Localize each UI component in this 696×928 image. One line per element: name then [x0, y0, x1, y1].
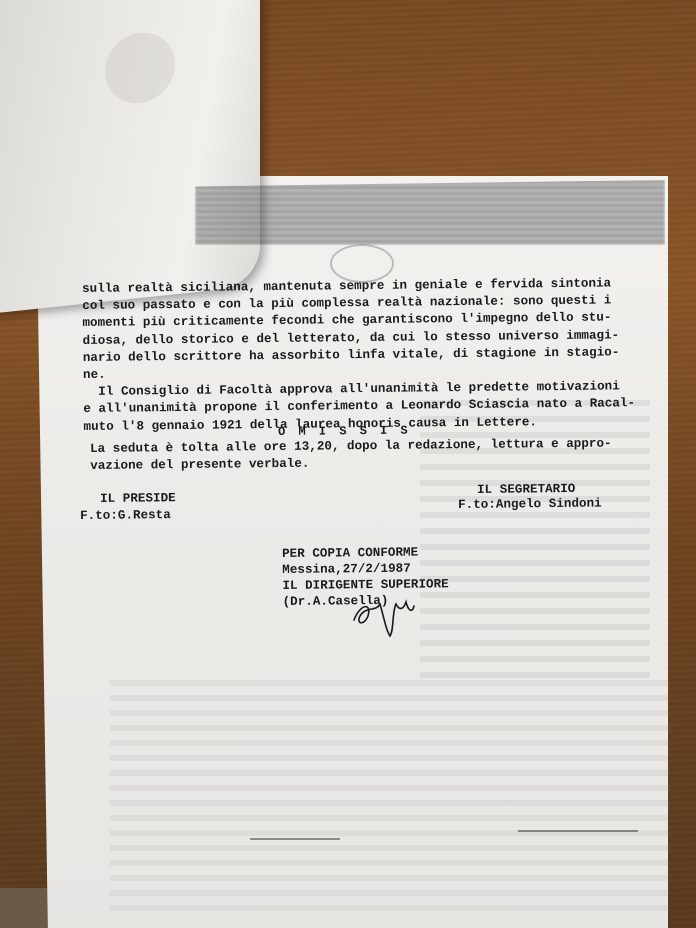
bleed-through-text-lower	[110, 680, 670, 920]
cert-line: Messina,27/2/1987	[282, 560, 448, 578]
faint-stamp-mark	[105, 29, 175, 106]
faint-dash-mark	[250, 838, 340, 840]
handwritten-signature-icon	[350, 590, 420, 640]
dean-title: IL PRESIDE	[100, 490, 176, 508]
faint-dash-mark	[518, 830, 638, 832]
photocopy-toner-smudge	[195, 180, 665, 245]
cert-line: PER COPIA CONFORME	[282, 544, 448, 562]
dean-signature: F.to:G.Resta	[80, 507, 171, 525]
secretary-signature: F.to:Angelo Sindoni	[458, 495, 602, 514]
motivation-paragraph: sulla realtà siciliana, mantenuta sempre…	[82, 275, 635, 436]
curled-paper-sheet	[0, 0, 260, 315]
closing-paragraph: La seduta è tolta alle ore 13,20, dopo l…	[90, 436, 612, 476]
